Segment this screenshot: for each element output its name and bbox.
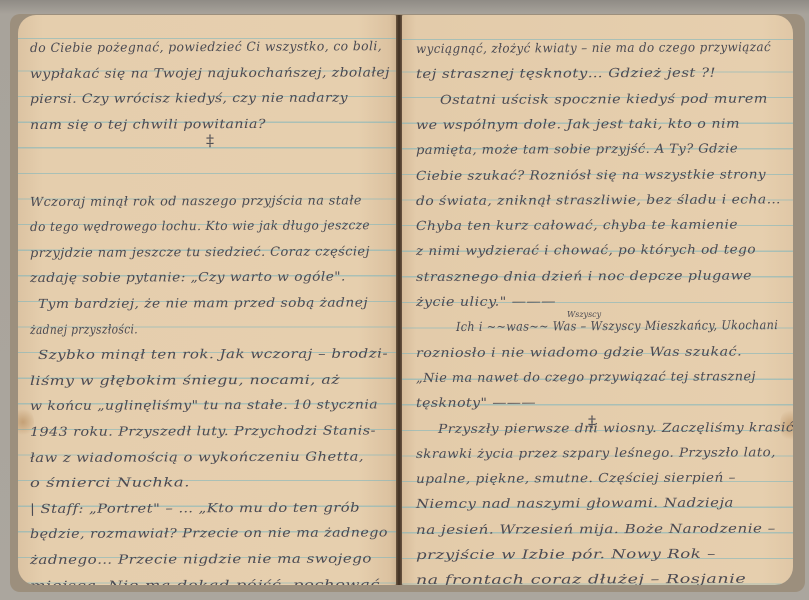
handwritten-line: ław z wiadomością o wykończeniu Ghetta, <box>30 448 364 464</box>
handwritten-line: tęsknoty" ——— <box>416 395 536 411</box>
handwritten-line: pamięta, może tam sobie przyjść. A Ty? G… <box>416 141 738 158</box>
handwritten-line: Wczoraj minął rok od naszego przyjścia n… <box>30 192 362 209</box>
right-page: wyciągnąć, złożyć kwiaty – nie ma do cze… <box>402 15 793 585</box>
handwritten-line: do tego wędrowego lochu. Kto wie jak dłu… <box>30 217 370 234</box>
handwritten-line: skrawki życia przez szpary leśnego. Przy… <box>416 444 776 461</box>
section-divider-mark: ‡ <box>588 412 596 431</box>
handwritten-line: do Ciebie pożegnać, powiedzieć Ci wszyst… <box>30 38 382 55</box>
handwritten-line: z nimi wydzierać i chować, po których od… <box>416 242 756 259</box>
handwritten-line: Ich i ~~was~~ Was – Wszyscy Mieszkańcy, … <box>456 317 778 334</box>
handwritten-line: „Nie ma nawet do czego przywiązać tej st… <box>416 368 756 385</box>
handwritten-line: tej strasznej tęsknoty… Gdzież jest ?! <box>416 65 716 81</box>
handwritten-line: rozniosło i nie wiadomo gdzie Was szukać… <box>416 343 742 359</box>
handwritten-line: w końcu „uglinęliśmy" tu na stałe. 10 st… <box>30 397 378 414</box>
handwritten-line: o śmierci Nuchka. <box>30 475 190 491</box>
handwritten-line: do świata, zniknął straszliwie, bez ślad… <box>416 191 781 208</box>
handwritten-line: na frontach coraz dłużej – Rosjanie <box>416 571 746 585</box>
handwritten-line: Przyszły pierwsze dni wiosny. Zaczęliśmy… <box>438 419 793 436</box>
handwritten-line: Niemcy nad naszymi głowami. Nadzieja <box>416 495 734 511</box>
handwritten-line: będzie, rozmawiał? Przecie on nie ma żad… <box>30 525 388 542</box>
handwritten-line: we wspólnym dole. Jak jest taki, kto o n… <box>416 115 740 131</box>
handwritten-line: zadaję sobie pytanie: „Czy warto w ogóle… <box>30 269 346 286</box>
handwritten-line: Tym bardziej, że nie mam przed sobą żadn… <box>38 294 368 311</box>
handwritten-line: miejsca. Nie ma dokąd pójść, pochować, <box>30 576 386 585</box>
handwritten-line: 1943 roku. Przyszedł luty. Przychodzi St… <box>30 422 376 439</box>
handwritten-line: wyciągnąć, złożyć kwiaty – nie ma do cze… <box>416 39 771 56</box>
handwritten-line: wypłakać się na Twojej najukochańszej, z… <box>30 64 390 81</box>
handwritten-line: żadnej przyszłości. <box>30 321 138 337</box>
handwritten-line: na jesień. Wrzesień mija. Boże Narodzeni… <box>416 520 776 537</box>
handwritten-line: strasznego dnia dzień i noc depcze pluga… <box>416 267 752 284</box>
section-divider-mark: ‡ <box>206 131 214 150</box>
handwritten-line: upalne, piękne, smutne. Częściej sierpie… <box>416 470 736 487</box>
handwritten-line: nam się o tej chwili powitania? <box>30 116 266 132</box>
handwritten-line: Szybko minął ten rok. Jak wczoraj – brod… <box>38 346 388 363</box>
handwritten-line: Ciebie szukać? Rozniósł się na wszystkie… <box>416 166 766 183</box>
handwritten-line: Chyba ten kurz całować, chyba te kamieni… <box>416 217 738 234</box>
left-page: do Ciebie pożegnać, powiedzieć Ci wszyst… <box>18 15 396 585</box>
handwritten-line: żadnego… Przecie nigdzie nie ma swojego <box>30 551 372 567</box>
handwritten-line: przyjście w Izbie pór. Nowy Rok – <box>416 546 716 562</box>
handwritten-line: piersi. Czy wrócisz kiedyś, czy nie nada… <box>30 90 348 107</box>
handwritten-line: Ostatni uścisk spocznie kiedyś pod murem <box>440 90 768 106</box>
handwritten-line: | Staff: „Portret" – … „Kto mu do ten gr… <box>30 499 360 515</box>
interlinear-insertion: Wszyscy <box>567 310 601 319</box>
handwritten-line: życie ulicy." ——— <box>416 293 556 309</box>
handwritten-line: przyjdzie nam jeszcze tu siedzieć. Coraz… <box>30 243 370 260</box>
handwritten-line: liśmy w głębokim śniegu, nocami, aż <box>30 372 340 388</box>
